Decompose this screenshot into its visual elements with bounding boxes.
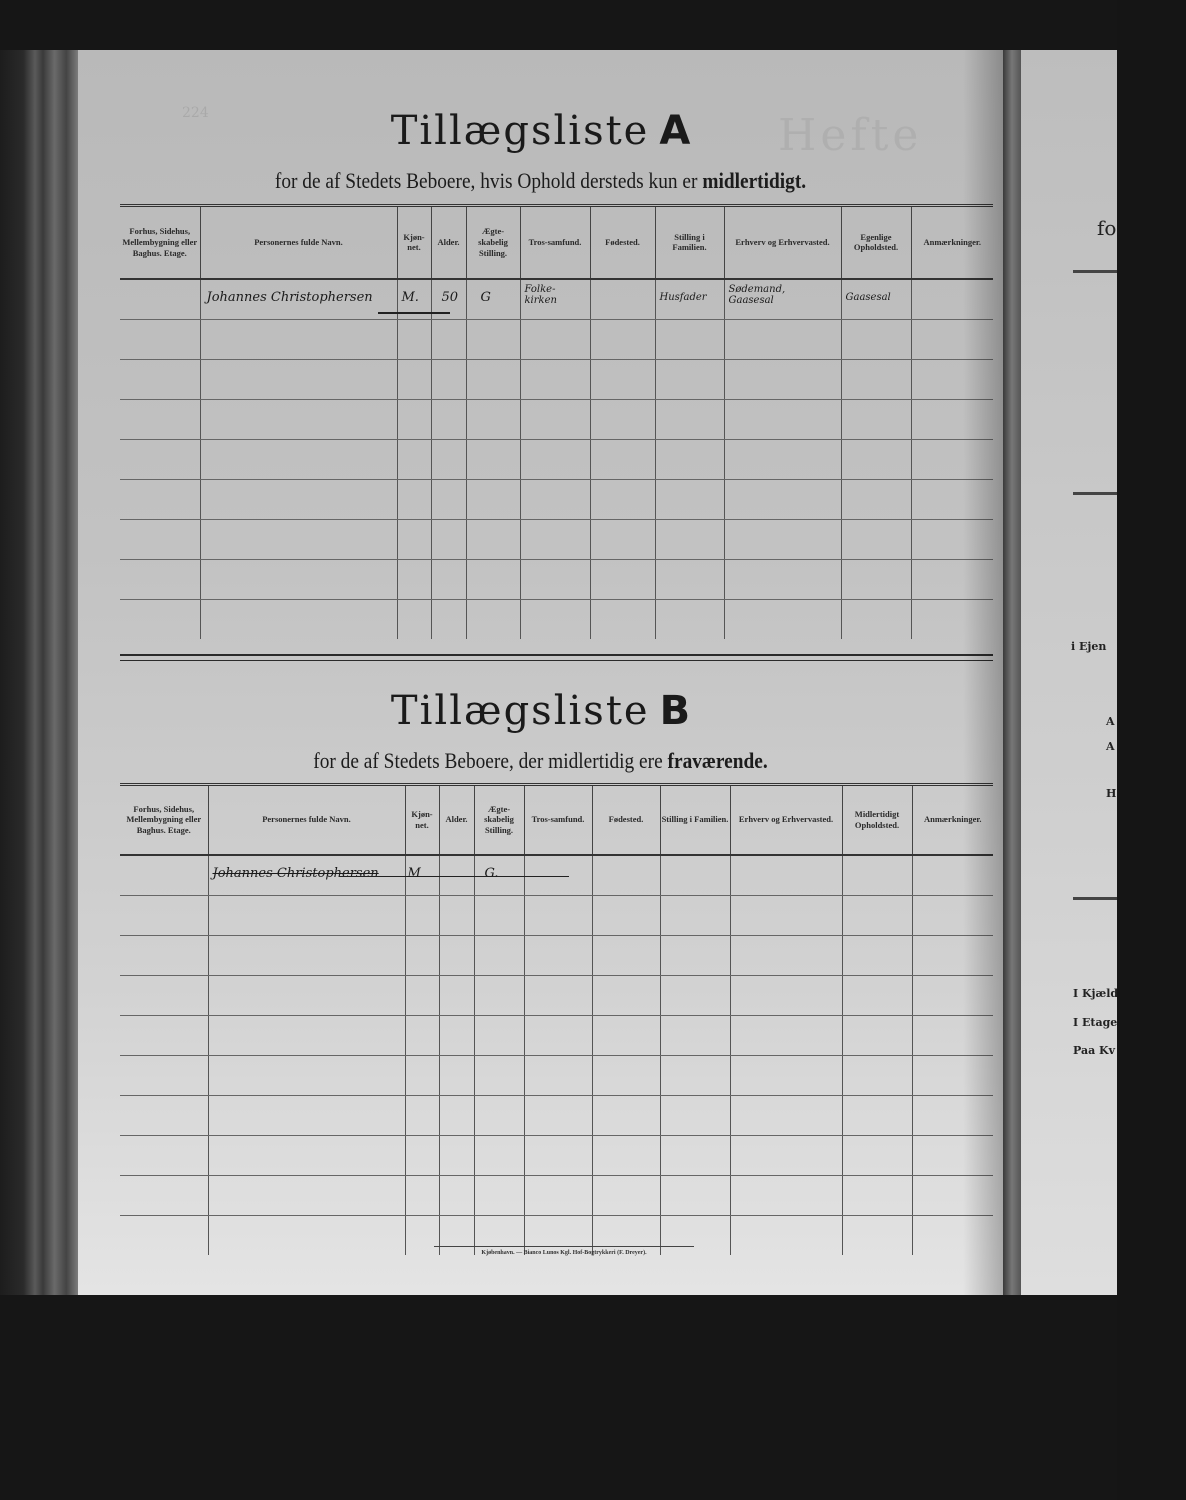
col-header-aegteskab: Ægte-skabelig Stilling. xyxy=(474,785,524,855)
col-header-trossamfund: Tros-samfund. xyxy=(520,206,590,279)
col-header-etage: Forhus, Sidehus, Mellembygning eller Bag… xyxy=(120,206,200,279)
adjacent-text: Paa Kv xyxy=(1073,1044,1115,1057)
cell-alder: 50 xyxy=(431,279,466,320)
col-header-stilling: Stilling i Familien. xyxy=(660,785,730,855)
list-a-subtitle-emphasis: midlertidigt. xyxy=(702,168,806,193)
col-header-opholdsted: Midlertidigt Opholdsted. xyxy=(842,785,912,855)
handwritten-name: Johannes Christophersen xyxy=(207,290,373,305)
footer-rule xyxy=(434,1246,694,1247)
cell-erhverv: Sødemand, Gaasesal xyxy=(724,279,841,320)
col-header-fodested: Fødested. xyxy=(590,206,655,279)
list-a-title: TillægslisteA xyxy=(78,108,1003,154)
col-header-fodested: Fødested. xyxy=(592,785,660,855)
col-header-etage: Forhus, Sidehus, Mellembygning eller Bag… xyxy=(120,785,208,855)
list-a-title-text: Tillægsliste xyxy=(391,108,650,154)
table-row xyxy=(120,1135,993,1175)
list-b-subtitle: for de af Stedets Beboere, der midlertid… xyxy=(134,748,948,774)
table-row: Johannes Christophersen M. 50 G Folke-ki… xyxy=(120,279,993,320)
adjacent-page-fragment: fo i Ejen A A H I Kjæld I Etage Paa Kv xyxy=(1021,50,1117,1295)
cell-stilling: Husfader xyxy=(655,279,724,320)
cell-anmaerkninger xyxy=(911,279,993,320)
col-header-opholdsted: Egenlige Opholdsted. xyxy=(841,206,911,279)
adjacent-text: I Etage xyxy=(1073,1016,1117,1029)
cell-aegteskab: G. xyxy=(474,855,524,896)
cell-fodested xyxy=(590,279,655,320)
cell-trossamfund: Folke-kirken xyxy=(520,279,590,320)
scan-background xyxy=(1117,0,1186,1500)
col-header-anmaerkninger: Anmærkninger. xyxy=(912,785,993,855)
list-b-title: TillægslisteB xyxy=(78,688,1003,734)
handwritten-occupation: Sødemand, Gaasesal xyxy=(729,284,819,306)
list-a-table: Forhus, Sidehus, Mellembygning eller Bag… xyxy=(120,204,993,639)
col-header-kjon: Kjøn-net. xyxy=(397,206,431,279)
table-row xyxy=(120,1175,993,1215)
list-b-table: Forhus, Sidehus, Mellembygning eller Bag… xyxy=(120,783,993,1255)
cell-kjon: M. xyxy=(397,279,431,320)
section-separator xyxy=(120,654,993,661)
table-row xyxy=(120,935,993,975)
handwritten-religion: Folke-kirken xyxy=(525,284,575,306)
cell-etage xyxy=(120,855,208,896)
list-b-title-text: Tillægsliste xyxy=(391,688,650,734)
table-row xyxy=(120,1015,993,1055)
list-b-letter: B xyxy=(660,688,691,734)
adjacent-text: fo xyxy=(1097,216,1116,240)
handwritten-family-role: Husfader xyxy=(660,292,707,303)
col-header-navn: Personernes fulde Navn. xyxy=(208,785,405,855)
handwritten-marital: G xyxy=(481,290,491,305)
adjacent-text: A xyxy=(1106,740,1115,753)
adjacent-text: I Kjæld xyxy=(1073,987,1117,1000)
table-row xyxy=(120,1095,993,1135)
col-header-anmaerkninger: Anmærkninger. xyxy=(911,206,993,279)
adjacent-rule xyxy=(1073,897,1117,900)
list-b-subtitle-emphasis: fraværende. xyxy=(668,748,768,773)
col-header-erhverv: Erhverv og Erhvervasted. xyxy=(730,785,842,855)
list-a-letter: A xyxy=(659,108,690,154)
adjacent-text: H xyxy=(1106,787,1116,800)
table-row xyxy=(120,399,993,439)
adjacent-text: A xyxy=(1106,715,1115,728)
table-row xyxy=(120,975,993,1015)
col-header-kjon: Kjøn-net. xyxy=(405,785,439,855)
col-header-aegteskab: Ægte-skabelig Stilling. xyxy=(466,206,520,279)
cell-alder xyxy=(439,855,474,896)
table-row xyxy=(120,599,993,639)
cell-navn: Johannes Christophersen xyxy=(200,279,397,320)
cell-opholdsted: Gaasesal xyxy=(841,279,911,320)
page-gutter xyxy=(1003,50,1021,1295)
handwritten-residence: Gaasesal xyxy=(846,292,891,303)
table-row xyxy=(120,319,993,359)
col-header-alder: Alder. xyxy=(439,785,474,855)
cell-navn: Johannes Christophersen xyxy=(208,855,405,896)
handwritten-age: 50 xyxy=(442,290,459,305)
handwritten-marital: G. xyxy=(485,866,499,881)
adjacent-rule xyxy=(1073,492,1117,495)
cell-kjon: M xyxy=(405,855,439,896)
col-header-trossamfund: Tros-samfund. xyxy=(524,785,592,855)
adjacent-rule xyxy=(1073,270,1117,273)
cell-aegteskab: G xyxy=(466,279,520,320)
census-form-page: 224 Hefte TillægslisteA for de af Stedet… xyxy=(78,50,1003,1295)
list-a-subtitle-text: for de af Stedets Beboere, hvis Ophold d… xyxy=(275,168,702,193)
table-row xyxy=(120,479,993,519)
table-row xyxy=(120,895,993,935)
handwritten-sex: M. xyxy=(402,290,419,305)
handwritten-sex: M xyxy=(408,866,421,881)
printer-imprint: Kjøbenhavn. — Bianco Lunos Kgl. Hof-Bogt… xyxy=(434,1250,694,1256)
table-row xyxy=(120,1055,993,1095)
col-header-navn: Personernes fulde Navn. xyxy=(200,206,397,279)
cell-etage xyxy=(120,279,200,320)
list-b-header-row: Forhus, Sidehus, Mellembygning eller Bag… xyxy=(120,785,993,855)
list-b-subtitle-text: for de af Stedets Beboere, der midlertid… xyxy=(313,748,667,773)
list-a-header-row: Forhus, Sidehus, Mellembygning eller Bag… xyxy=(120,206,993,279)
table-row xyxy=(120,359,993,399)
table-row xyxy=(120,439,993,479)
col-header-erhverv: Erhverv og Erhvervasted. xyxy=(724,206,841,279)
book-binding-edge xyxy=(0,50,78,1295)
table-row xyxy=(120,1215,993,1255)
handwritten-name-struck: Johannes Christophersen xyxy=(213,866,379,881)
table-row xyxy=(120,519,993,559)
col-header-stilling: Stilling i Familien. xyxy=(655,206,724,279)
col-header-alder: Alder. xyxy=(431,206,466,279)
list-a-subtitle: for de af Stedets Beboere, hvis Ophold d… xyxy=(134,168,948,194)
table-row xyxy=(120,559,993,599)
table-row: Johannes Christophersen M G. xyxy=(120,855,993,896)
adjacent-text: i Ejen xyxy=(1071,640,1106,653)
